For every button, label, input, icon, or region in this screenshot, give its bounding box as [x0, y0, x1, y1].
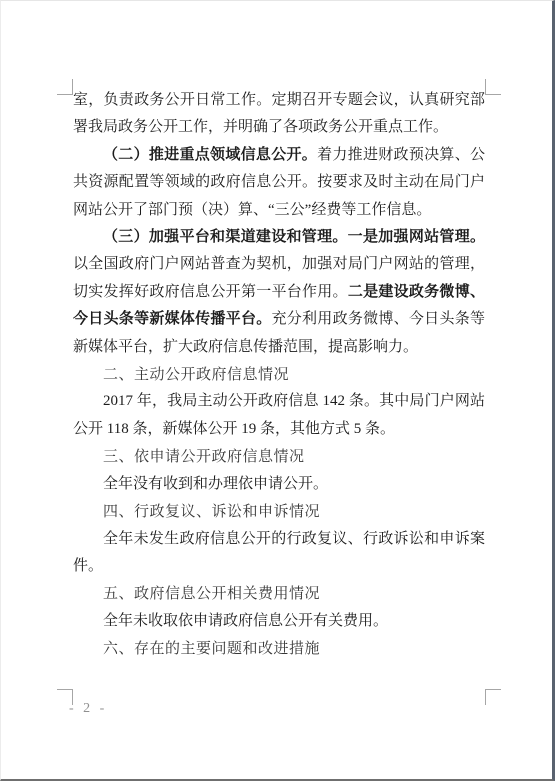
section-heading: 四、行政复议、诉讼和申诉情况	[73, 498, 485, 525]
text-segment: 二、主动公开政府信息情况	[103, 366, 289, 383]
document-body: 室，负责政务公开日常工作。定期召开专题会议，认真研究部署我局政务公开工作，并明确…	[73, 87, 485, 663]
paragraph: （三）加强平台和渠道建设和管理。一是加强网站管理。以全国政府门户网站普查为契机，…	[73, 224, 485, 361]
text-segment: 六、存在的主要问题和改进措施	[103, 640, 320, 657]
paragraph: 全年未发生政府信息公开的行政复议、行政诉讼和申诉案件。	[73, 526, 485, 581]
section-heading: 六、存在的主要问题和改进措施	[73, 635, 485, 662]
paragraph: 2017 年，我局主动公开政府信息 142 条。其中局门户网站公开 118 条，…	[73, 388, 485, 443]
document-page: 室，负责政务公开日常工作。定期召开专题会议，认真研究部署我局政务公开工作，并明确…	[0, 0, 555, 781]
section-heading: 三、依申请公开政府信息情况	[73, 443, 485, 470]
text-segment: 五、政府信息公开相关费用情况	[103, 585, 320, 602]
bold-text-segment: （二）推进重点领域信息公开。	[103, 147, 317, 163]
text-segment: 全年未收取依申请政府信息公开有关费用。	[103, 613, 388, 629]
paragraph: （二）推进重点领域信息公开。着力推进财政预决算、公共资源配置等领域的政府信息公开…	[73, 142, 485, 224]
text-segment: 全年没有收到和办理依申请公开。	[103, 476, 328, 492]
paragraph: 全年未收取依申请政府信息公开有关费用。	[73, 608, 485, 635]
section-heading: 五、政府信息公开相关费用情况	[73, 580, 485, 607]
margin-crop-mark-top-left	[57, 79, 73, 95]
bold-text-segment: （三）加强平台和渠道建设和管理。一是加强网站管理。	[103, 229, 485, 245]
margin-crop-mark-bottom-right	[485, 689, 501, 705]
margin-crop-mark-top-right	[485, 79, 501, 95]
text-segment: 室，负责政务公开日常工作。定期召开专题会议，认真研究部署我局政务公开工作，并明确…	[73, 92, 485, 135]
paragraph: 室，负责政务公开日常工作。定期召开专题会议，认真研究部署我局政务公开工作，并明确…	[73, 87, 485, 142]
text-segment: 2017 年，我局主动公开政府信息 142 条。其中局门户网站公开 118 条，…	[73, 393, 485, 436]
paragraph: 全年没有收到和办理依申请公开。	[73, 471, 485, 498]
page-number: - 2 -	[69, 701, 107, 717]
section-heading: 二、主动公开政府信息情况	[73, 361, 485, 388]
text-segment: 全年未发生政府信息公开的行政复议、行政诉讼和申诉案件。	[73, 531, 485, 574]
text-segment: 三、依申请公开政府信息情况	[103, 448, 305, 465]
text-segment: 四、行政复议、诉讼和申诉情况	[103, 503, 320, 520]
